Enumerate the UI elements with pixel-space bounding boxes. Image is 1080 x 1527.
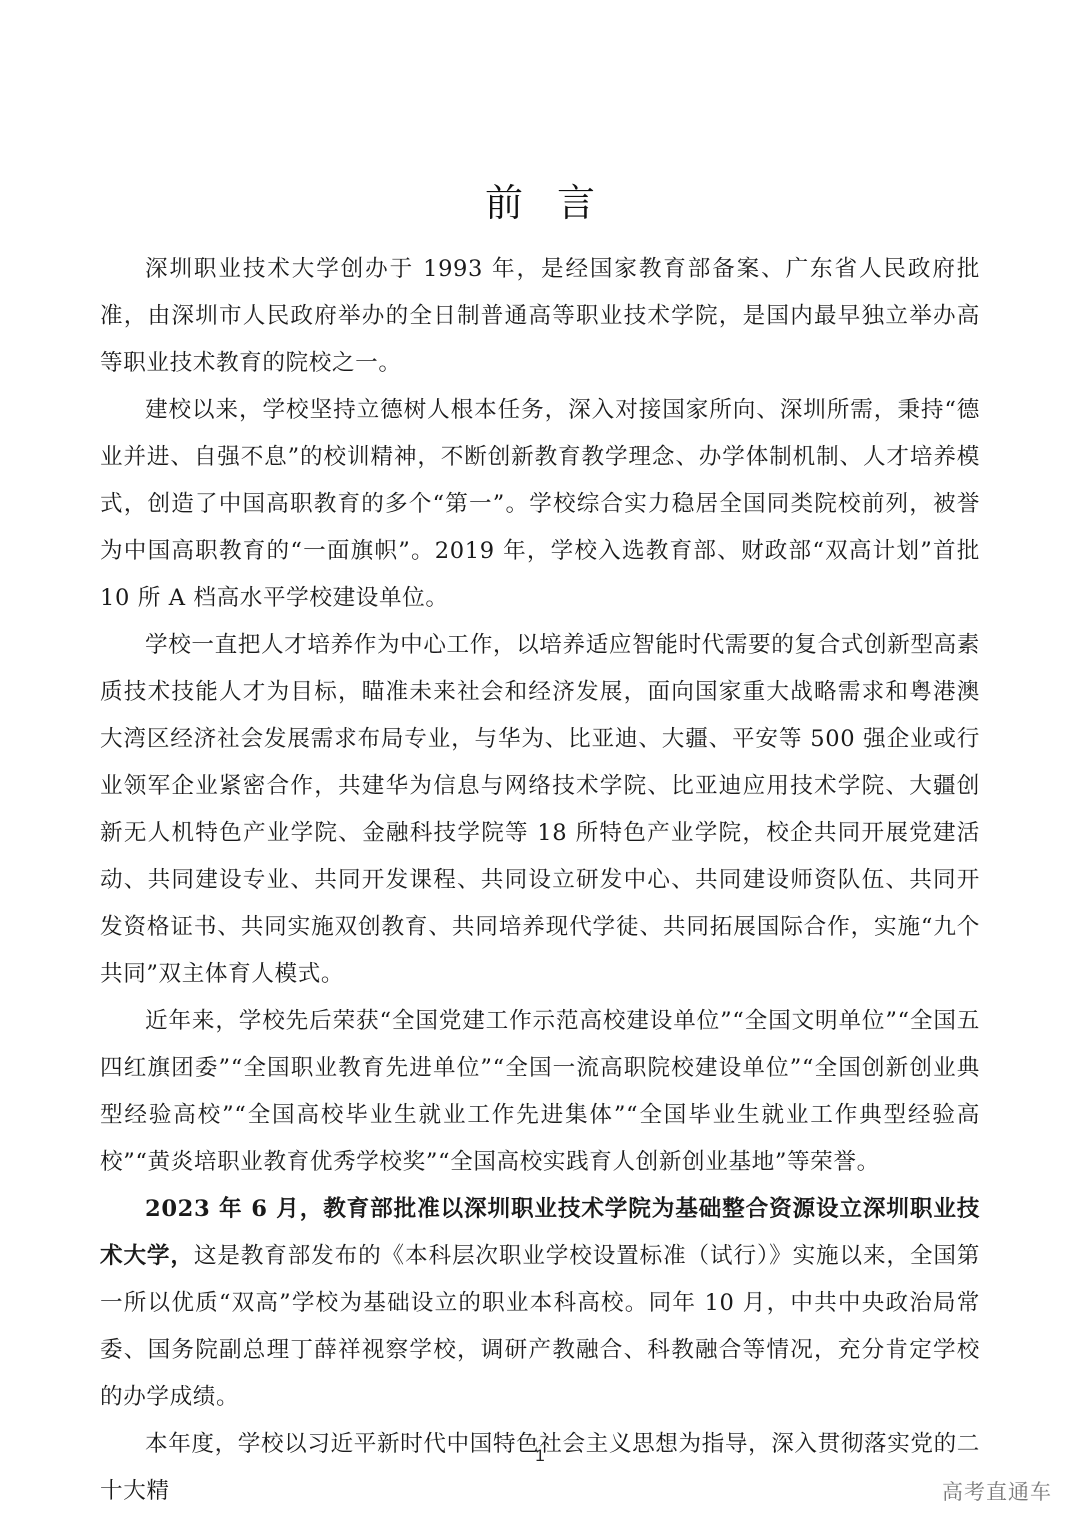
page-number: 1 — [0, 1446, 1080, 1466]
paragraph-text: 学校一直把人才培养作为中心工作，以培养适应智能时代需要的复合式创新型高素质技术技… — [100, 632, 980, 987]
document-body: 深圳职业技术大学创办于 1993 年，是经国家教育部备案、广东省人民政府批准，由… — [100, 246, 980, 1515]
page-title: 前言 — [0, 172, 1080, 227]
paragraph-history: 建校以来，学校坚持立德树人根本任务，深入对接国家所向、深圳所需，秉持“德业并进、… — [100, 387, 980, 622]
paragraph-text: 深圳职业技术大学创办于 1993 年，是经国家教育部备案、广东省人民政府批准，由… — [100, 256, 980, 376]
paragraph-intro: 深圳职业技术大学创办于 1993 年，是经国家教育部备案、广东省人民政府批准，由… — [100, 246, 980, 387]
paragraph-text: 建校以来，学校坚持立德树人根本任务，深入对接国家所向、深圳所需，秉持“德业并进、… — [100, 397, 980, 611]
paragraph-university-upgrade: 2023 年 6 月，教育部批准以深圳职业技术学院为基础整合资源设立深圳职业技术… — [100, 1186, 980, 1421]
paragraph-text: 近年来，学校先后荣获“全国党建工作示范高校建设单位”“全国文明单位”“全国五四红… — [100, 1008, 980, 1175]
paragraph-text: 本年度，学校以习近平新时代中国特色社会主义思想为指导，深入贯彻落实党的二十大精 — [100, 1431, 980, 1504]
paragraph-text: 这是教育部发布的《本科层次职业学校设置标准（试行）》实施以来，全国第一所以优质“… — [100, 1243, 980, 1410]
paragraph-talent-training: 学校一直把人才培养作为中心工作，以培养适应智能时代需要的复合式创新型高素质技术技… — [100, 622, 980, 998]
paragraph-honors: 近年来，学校先后荣获“全国党建工作示范高校建设单位”“全国文明单位”“全国五四红… — [100, 998, 980, 1186]
paragraph-this-year: 本年度，学校以习近平新时代中国特色社会主义思想为指导，深入贯彻落实党的二十大精 — [100, 1421, 980, 1515]
watermark-label: 高考直通车 — [942, 1476, 1052, 1506]
